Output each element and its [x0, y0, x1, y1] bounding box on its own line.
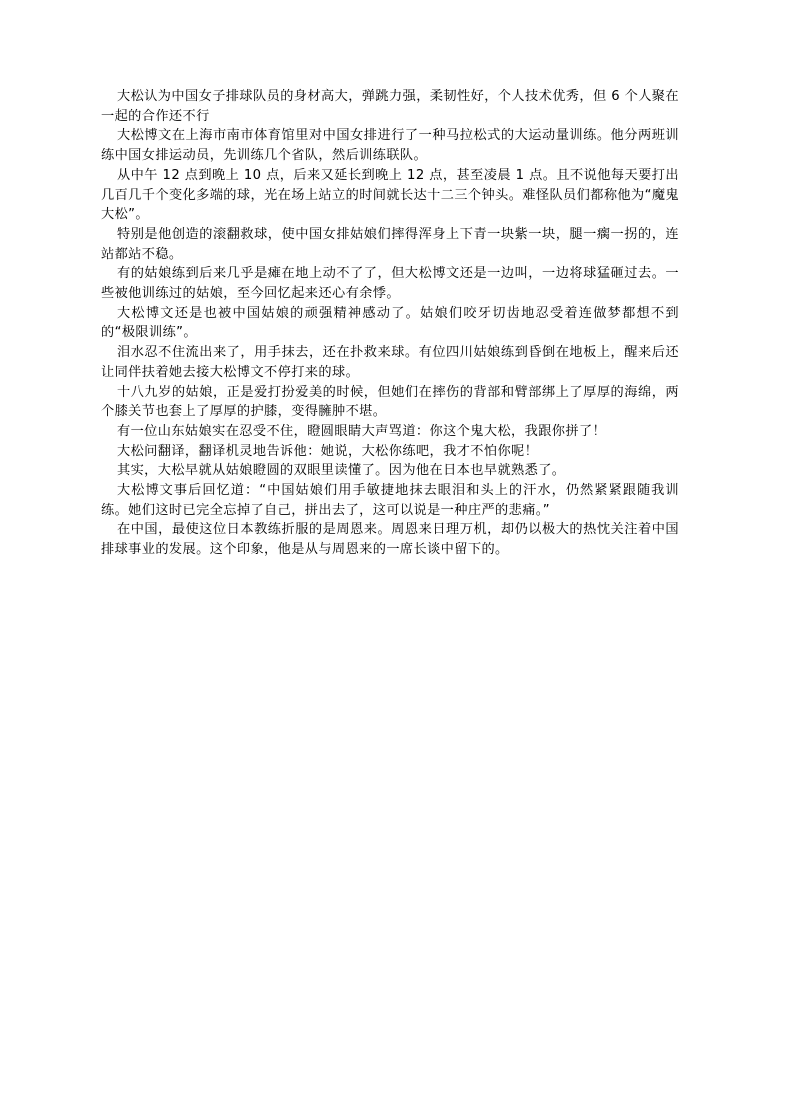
paragraph: 十八九岁的姑娘，正是爱打扮爱美的时候，但她们在摔伤的背部和臂部绑上了厚厚的海绵，…	[101, 383, 679, 422]
document-body: 大松认为中国女子排球队员的身材高大，弹跳力强，柔韧性好，个人技术优秀，但 6 个…	[101, 87, 679, 560]
paragraph: 从中午 12 点到晚上 10 点，后来又延长到晚上 12 点，甚至凌晨 1 点。…	[101, 166, 679, 225]
paragraph: 大松问翻译，翻译机灵地告诉他：她说，大松你练吧，我才不怕你呢！	[101, 442, 679, 462]
paragraph: 大松博文事后回忆道：“中国姑娘们用手敏捷地抹去眼泪和头上的汗水，仍然紧紧跟随我训…	[101, 481, 679, 520]
paragraph: 大松认为中国女子排球队员的身材高大，弹跳力强，柔韧性好，个人技术优秀，但 6 个…	[101, 87, 679, 126]
paragraph: 泪水忍不住流出来了，用手抹去，还在扑救来球。有位四川姑娘练到昏倒在地板上，醒来后…	[101, 343, 679, 382]
paragraph: 其实，大松早就从姑娘瞪圆的双眼里读懂了。因为他在日本也早就熟悉了。	[101, 461, 679, 481]
paragraph: 有的姑娘练到后来几乎是瘫在地上动不了了，但大松博文还是一边叫，一边将球猛砸过去。…	[101, 264, 679, 303]
paragraph: 有一位山东姑娘实在忍受不住，瞪圆眼睛大声骂道：你这个鬼大松，我跟你拼了！	[101, 422, 679, 442]
paragraph: 在中国，最使这位日本教练折服的是周恩来。周恩来日理万机，却仍以极大的热忱关注着中…	[101, 520, 679, 559]
paragraph: 大松博文在上海市南市体育馆里对中国女排进行了一种马拉松式的大运动量训练。他分两班…	[101, 126, 679, 165]
paragraph: 大松博文还是也被中国姑娘的顽强精神感动了。姑娘们咬牙切齿地忍受着连做梦都想不到的…	[101, 304, 679, 343]
paragraph: 特别是他创造的滚翻救球，使中国女排姑娘们摔得浑身上下青一块紫一块，腿一瘸一拐的，…	[101, 225, 679, 264]
